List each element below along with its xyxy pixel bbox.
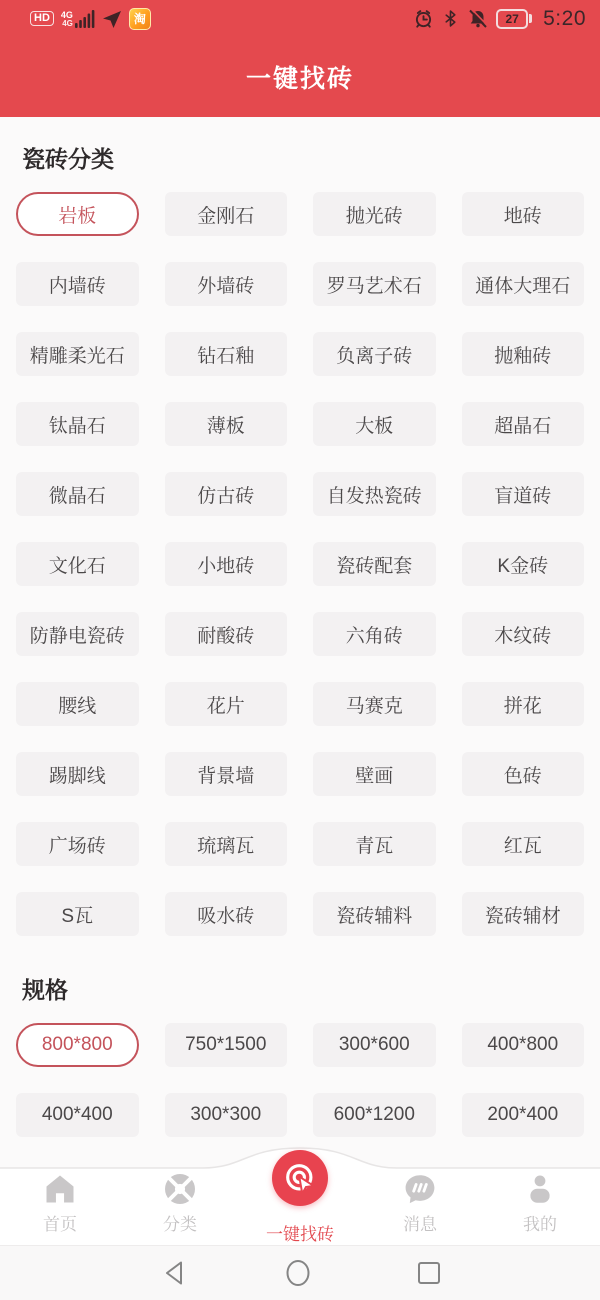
signal-bars-glyph (75, 9, 95, 28)
nav-item-mine[interactable]: 我的 (480, 1167, 600, 1245)
system-nav-bar (0, 1245, 600, 1300)
battery-percent: 27 (496, 9, 528, 29)
category-section-title: 瓷砖分类 (22, 141, 600, 174)
spec-chip[interactable]: 600*1200 (313, 1093, 436, 1137)
spec-section-title: 规格 (22, 972, 600, 1005)
recents-square-icon[interactable] (416, 1260, 442, 1286)
category-chip[interactable]: 内墙砖 (16, 262, 139, 306)
category-chip[interactable]: 岩板 (16, 192, 139, 236)
category-chip[interactable]: 六角砖 (313, 612, 436, 656)
category-icon (162, 1171, 198, 1207)
category-chip[interactable]: 瓷砖辅料 (313, 892, 436, 936)
category-chip[interactable]: 微晶石 (16, 472, 139, 516)
category-chip[interactable]: 抛光砖 (313, 192, 436, 236)
nav-label-home: 首页 (43, 1210, 77, 1235)
category-chip[interactable]: 踢脚线 (16, 752, 139, 796)
spec-chip[interactable]: 400*800 (462, 1023, 585, 1067)
bottom-nav-bar: 首页 分类 一键找砖 (0, 1147, 600, 1245)
category-chip[interactable]: 花片 (165, 682, 288, 726)
category-chip[interactable]: 腰线 (16, 682, 139, 726)
nav-label-find-brick: 一键找砖 (266, 1220, 334, 1245)
signal-bars-icon: 4G 4G (61, 9, 95, 28)
category-chip[interactable]: 壁画 (313, 752, 436, 796)
battery-indicator: 27 (496, 9, 532, 29)
category-chip[interactable]: 地砖 (462, 192, 585, 236)
category-chip[interactable]: 自发热瓷砖 (313, 472, 436, 516)
category-chip[interactable]: 瓷砖辅材 (462, 892, 585, 936)
category-chip[interactable]: 红瓦 (462, 822, 585, 866)
title-bar: 一键找砖 (0, 37, 600, 117)
message-icon (402, 1171, 438, 1207)
category-chip[interactable]: 负离子砖 (313, 332, 436, 376)
nav-label-category: 分类 (163, 1210, 197, 1235)
category-chip[interactable]: 文化石 (16, 542, 139, 586)
nav-label-messages: 消息 (403, 1210, 437, 1235)
category-chip[interactable]: 防静电瓷砖 (16, 612, 139, 656)
category-chip[interactable]: 拼花 (462, 682, 585, 726)
category-chip[interactable]: 精雕柔光石 (16, 332, 139, 376)
person-icon (522, 1171, 558, 1207)
nav-label-mine: 我的 (523, 1210, 557, 1235)
category-chip[interactable]: 瓷砖配套 (313, 542, 436, 586)
category-chip[interactable]: 薄板 (165, 402, 288, 446)
category-chip[interactable]: 通体大理石 (462, 262, 585, 306)
category-chip[interactable]: 木纹砖 (462, 612, 585, 656)
home-circle-icon[interactable] (284, 1258, 312, 1288)
status-time: 5:20 (543, 7, 586, 31)
spec-chip[interactable]: 300*600 (313, 1023, 436, 1067)
bell-muted-icon (467, 8, 489, 30)
nav-arrow-icon (102, 9, 122, 29)
nav-item-category[interactable]: 分类 (120, 1167, 240, 1245)
spec-chip[interactable]: 300*300 (165, 1093, 288, 1137)
category-chip[interactable]: 背景墙 (165, 752, 288, 796)
category-chip[interactable]: 色砖 (462, 752, 585, 796)
spec-grid: 800*800750*1500300*600400*800400*400300*… (0, 1023, 600, 1137)
hd-badge: HD (30, 11, 54, 26)
app-header: HD 4G 4G 淘 (0, 0, 600, 117)
spec-chip[interactable]: 200*400 (462, 1093, 585, 1137)
category-chip[interactable]: 仿古砖 (165, 472, 288, 516)
status-bar: HD 4G 4G 淘 (0, 0, 600, 37)
category-chip[interactable]: 青瓦 (313, 822, 436, 866)
page-title: 一键找砖 (246, 59, 354, 95)
battery-cap (529, 14, 532, 23)
category-chip[interactable]: K金砖 (462, 542, 585, 586)
spec-chip[interactable]: 400*400 (16, 1093, 139, 1137)
category-chip[interactable]: 马赛克 (313, 682, 436, 726)
category-chip[interactable]: 广场砖 (16, 822, 139, 866)
category-chip[interactable]: 小地砖 (165, 542, 288, 586)
category-chip[interactable]: 金刚石 (165, 192, 288, 236)
category-chip[interactable]: 抛釉砖 (462, 332, 585, 376)
category-chip[interactable]: 钻石釉 (165, 332, 288, 376)
nav-item-home[interactable]: 首页 (0, 1167, 120, 1245)
find-brick-center-button[interactable] (272, 1150, 328, 1206)
category-chip[interactable]: 罗马艺术石 (313, 262, 436, 306)
status-bar-left: HD 4G 4G 淘 (30, 8, 151, 30)
category-chip[interactable]: 琉璃瓦 (165, 822, 288, 866)
target-cursor-icon (283, 1161, 317, 1195)
alarm-icon (413, 8, 434, 29)
back-icon[interactable] (162, 1260, 188, 1287)
category-chip[interactable]: 大板 (313, 402, 436, 446)
taobao-app-icon: 淘 (129, 8, 151, 30)
category-chip[interactable]: 钛晶石 (16, 402, 139, 446)
category-grid: 岩板金刚石抛光砖地砖内墙砖外墙砖罗马艺术石通体大理石精雕柔光石钻石釉负离子砖抛釉… (0, 192, 600, 936)
spec-chip[interactable]: 750*1500 (165, 1023, 288, 1067)
category-chip[interactable]: 超晶石 (462, 402, 585, 446)
category-chip[interactable]: 盲道砖 (462, 472, 585, 516)
spec-chip[interactable]: 800*800 (16, 1023, 139, 1067)
bluetooth-icon (441, 8, 460, 29)
category-chip[interactable]: 外墙砖 (165, 262, 288, 306)
category-chip[interactable]: S瓦 (16, 892, 139, 936)
category-chip[interactable]: 耐酸砖 (165, 612, 288, 656)
status-bar-right: 27 5:20 (413, 7, 586, 31)
category-chip[interactable]: 吸水砖 (165, 892, 288, 936)
network-label-2: 4G (61, 20, 73, 28)
network-labels: 4G 4G (61, 11, 73, 28)
nav-item-messages[interactable]: 消息 (360, 1167, 480, 1245)
main-content: 瓷砖分类 岩板金刚石抛光砖地砖内墙砖外墙砖罗马艺术石通体大理石精雕柔光石钻石釉负… (0, 141, 600, 1137)
home-icon (42, 1171, 78, 1207)
